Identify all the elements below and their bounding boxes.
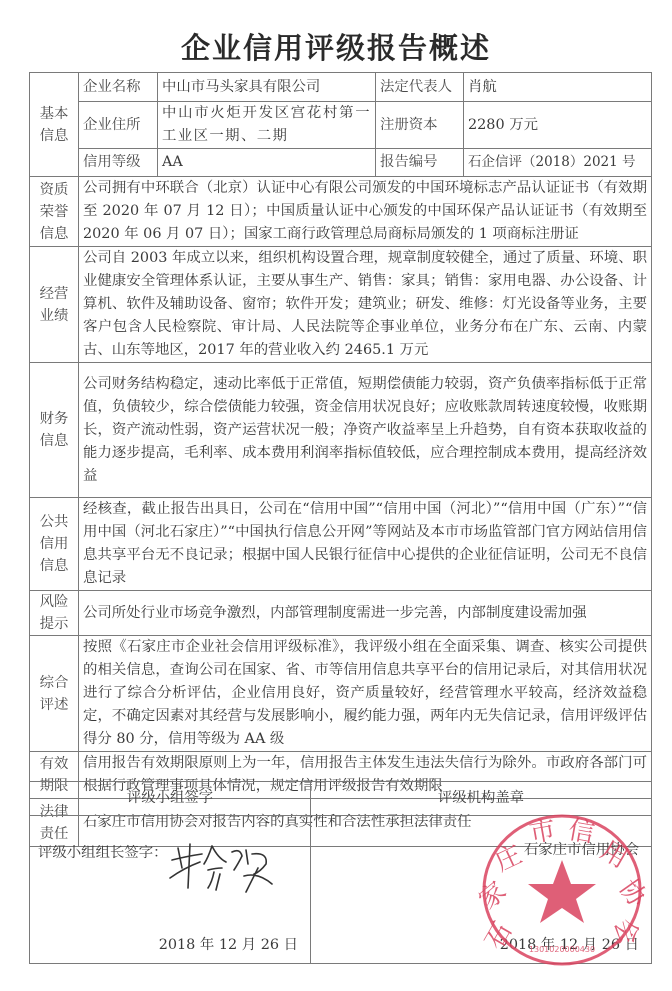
signature-header-left: 评级小组签字 — [30, 782, 311, 816]
text-finance: 公司财务结构稳定，速动比率低于正常值，短期偿债能力较弱，资产负债率指标低于正常值… — [79, 363, 652, 498]
value-address: 中山市火炬开发区宫花村第一工业区一期、二期 — [158, 102, 376, 149]
text-risk: 公司所处行业市场竞争激烈，内部管理制度需进一步完善，内部制度建设需加强 — [79, 591, 652, 636]
basic-row-name: 基本 信息 企业名称 中山市马头家具有限公司 法定代表人 肖航 — [30, 73, 652, 102]
value-company-name: 中山市马头家具有限公司 — [158, 73, 376, 102]
label-registered-capital: 注册资本 — [376, 102, 464, 149]
left-date: 2018 年 12 月 26 日 — [159, 934, 298, 957]
section-risk: 风险提示 公司所处行业市场竞争激烈，内部管理制度需进一步完善，内部制度建设需加强 — [30, 591, 652, 636]
report-table: 基本 信息 企业名称 中山市马头家具有限公司 法定代表人 肖航 企业住所 中山市… — [29, 72, 652, 847]
right-date: 2018 年 12 月 26 日 — [500, 934, 639, 957]
label-legal-rep: 法定代表人 — [376, 73, 464, 102]
value-legal-rep: 肖航 — [464, 73, 652, 102]
value-report-number: 石企信评（2018）2021 号 — [464, 149, 652, 177]
category-operations: 经营业绩 — [30, 247, 79, 363]
category-summary: 综合评述 — [30, 636, 79, 752]
leader-signature-label: 评级小组组长签字： — [38, 842, 168, 865]
category-qualification: 资质荣誉信息 — [30, 177, 79, 247]
label-credit-rating: 信用等级 — [79, 149, 158, 177]
label-address: 企业住所 — [79, 102, 158, 149]
basic-row-rating: 信用等级 AA 报告编号 石企信评（2018）2021 号 — [30, 149, 652, 177]
section-public-credit: 公共信用信息 经核查，截止报告出具日，公司在“信用中国”“信用中国（河北）”“信… — [30, 498, 652, 591]
category-basic-info: 基本 信息 — [30, 73, 79, 177]
signature-header-right: 评级机构盖章 — [311, 782, 652, 816]
org-name: 石家庄市信用协会 — [524, 839, 639, 862]
page-title: 企业信用评级报告概述 — [0, 26, 672, 67]
category-risk: 风险提示 — [30, 591, 79, 636]
section-operations: 经营业绩 公司自 2003 年成立以来，组织机构设置合理，规章制度较健全，通过了… — [30, 247, 652, 363]
signature-cell-right: 石家庄市信用协会 2018 年 12 月 26 日 — [311, 816, 652, 964]
category-public-credit: 公共信用信息 — [30, 498, 79, 591]
text-operations: 公司自 2003 年成立以来，组织机构设置合理，规章制度较健全，通过了质量、环境… — [79, 247, 652, 363]
section-summary: 综合评述 按照《石家庄市企业社会信用评级标准》，我评级小组在全面采集、调查、核实… — [30, 636, 652, 752]
section-finance: 财务信息 公司财务结构稳定，速动比率低于正常值，短期偿债能力较弱，资产负债率指标… — [30, 363, 652, 498]
basic-row-address: 企业住所 中山市火炬开发区宫花村第一工业区一期、二期 注册资本 2280 万元 — [30, 102, 652, 149]
value-credit-rating: AA — [158, 149, 376, 177]
handwritten-signature — [168, 838, 278, 898]
text-qualification: 公司拥有中环联合（北京）认证中心有限公司颁发的中国环境标志产品认证证书（有效期至… — [79, 177, 652, 247]
signature-table: 评级小组签字 评级机构盖章 评级小组组长签字： 2018 年 12 月 26 日… — [29, 781, 652, 964]
value-registered-capital: 2280 万元 — [464, 102, 652, 149]
label-company-name: 企业名称 — [79, 73, 158, 102]
category-finance: 财务信息 — [30, 363, 79, 498]
text-summary: 按照《石家庄市企业社会信用评级标准》，我评级小组在全面采集、调查、核实公司提供的… — [79, 636, 652, 752]
label-report-number: 报告编号 — [376, 149, 464, 177]
section-qualification: 资质荣誉信息 公司拥有中环联合（北京）认证中心有限公司颁发的中国环境标志产品认证… — [30, 177, 652, 247]
text-public-credit: 经核查，截止报告出具日，公司在“信用中国”“信用中国（河北）”“信用中国（广东）… — [79, 498, 652, 591]
